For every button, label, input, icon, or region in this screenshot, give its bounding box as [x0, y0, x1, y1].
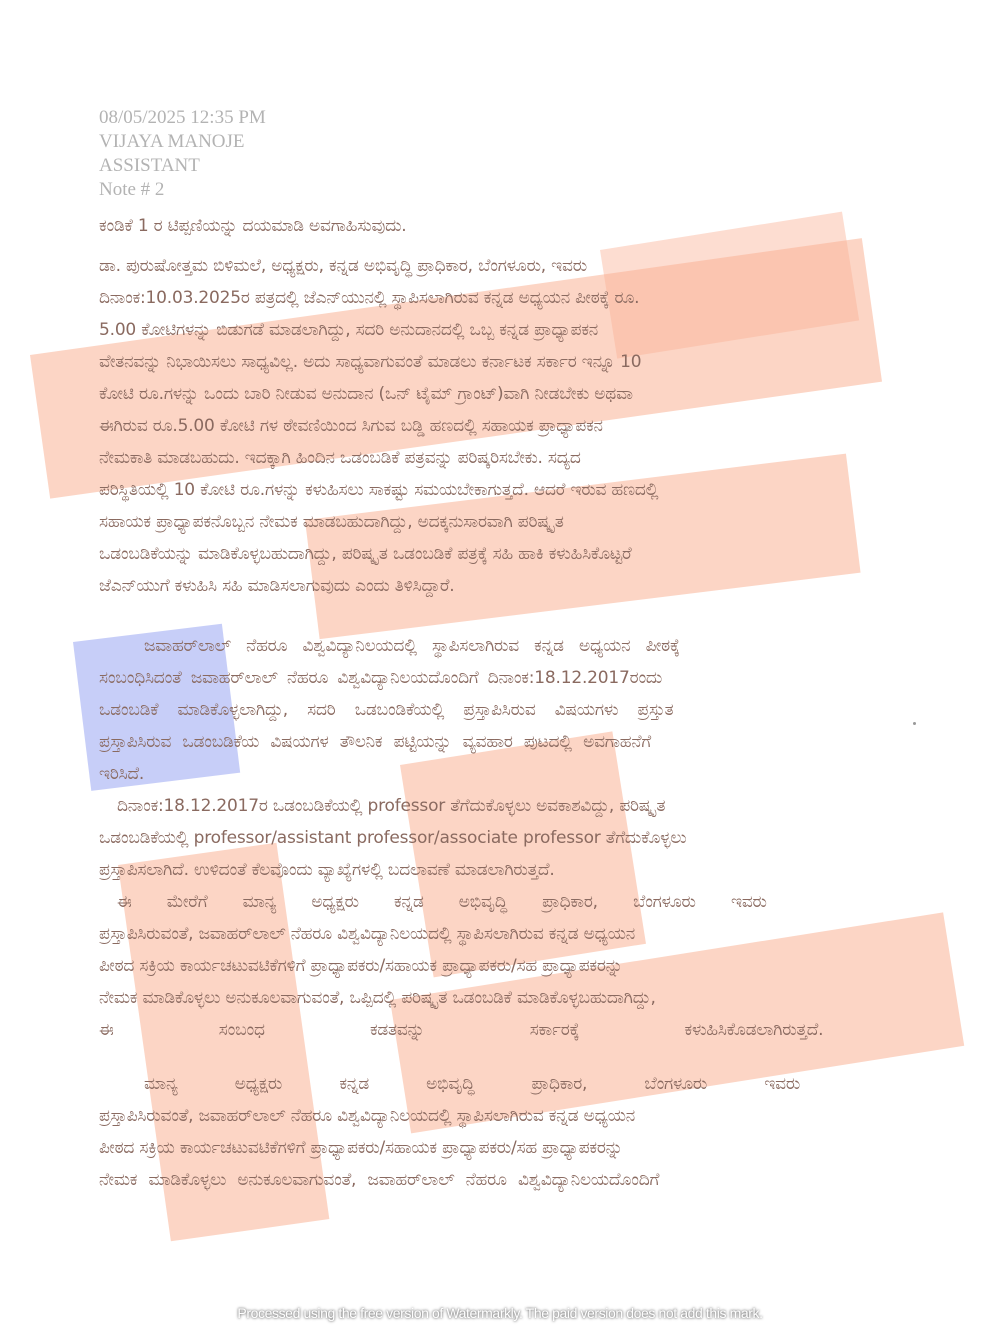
paragraph-line: ದಿನಾಂಕ:18.12.2017ರ ಒಡಂಬಡಿಕೆಯಲ್ಲಿ profess… — [99, 790, 879, 822]
paragraph-line: ಜೆಎನ್‌ಯುಗೆ ಕಳುಹಿಸಿ ಸಹಿ ಮಾಡಿಸಲಾಗುವುದು ಎಂದ… — [99, 570, 879, 602]
paragraph-line: ಪ್ರಸ್ತಾಪಿಸಿರುವಂತೆ, ಜವಾಹರ್‌ಲಾಲ್ ನೆಹರೂ ವಿಶ… — [99, 918, 879, 950]
paragraph-line: ವೇತನವನ್ನು ನಿಭಾಯಿಸಲು ಸಾಧ್ಯವಿಲ್ಲ. ಅದು ಸಾಧ್… — [99, 346, 879, 378]
timestamp: 08/05/2025 12:35 PM — [99, 106, 266, 130]
paragraph-line: ಸಂಬಂಧಿಸಿದಂತೆ ಜವಾಹರ್‌ಲಾಲ್ ನೆಹರೂ ವಿಶ್ವವಿದ್… — [99, 662, 879, 694]
note-header: 08/05/2025 12:35 PM VIJAYA MANOJE ASSIST… — [99, 106, 266, 202]
paragraph-line: ಪ್ರಸ್ತಾಪಿಸಲಾಗಿದೆ. ಉಳಿದಂತೆ ಕೆಲವೊಂದು ವ್ಯಾಖ… — [99, 854, 879, 886]
paragraph-line: ಒಡಂಬಡಿಕೆ ಮಾಡಿಕೊಳ್ಳಲಾಗಿದ್ದು, ಸದರಿ ಒಡಬಂಡಿಕ… — [99, 694, 879, 726]
paragraph-line: ಪ್ರಸ್ತಾಪಿಸಿರುವಂತೆ, ಜವಾಹರ್‌ಲಾಲ್ ನೆಹರೂ ವಿಶ… — [99, 1100, 879, 1132]
paragraph-line: ನೇಮಕ ಮಾಡಿಕೊಳ್ಳಲು ಅನುಕೂಲವಾಗುವಂತೆ, ಜವಾಹರ್‌… — [99, 1164, 879, 1196]
paragraph-line: ಒಡಂಬಡಿಕೆಯಲ್ಲಿ professor/assistant profes… — [99, 822, 879, 854]
paragraph-line: ಈ ಮೇರೆಗೆ ಮಾನ್ಯ ಅಧ್ಯಕ್ಷರು ಕನ್ನಡ ಅಭಿವೃದ್ಧಿ… — [99, 886, 879, 918]
author-name: VIJAYA MANOJE — [99, 130, 266, 154]
watermark-notice: Processed using the free version of Wate… — [0, 1305, 1000, 1321]
paragraph-line: ಡಾ. ಪುರುಷೋತ್ತಮ ಬಿಳಿಮಲೆ, ಅಧ್ಯಕ್ಷರು, ಕನ್ನಡ… — [99, 250, 879, 282]
paragraph-line: ಒಡಂಬಡಿಕೆಯನ್ನು ಮಾಡಿಕೊಳ್ಳಬಹುದಾಗಿದ್ದು, ಪರಿಷ… — [99, 538, 879, 570]
note-body: ಕಂಡಿಕೆ 1 ರ ಟಿಪ್ಪಣಿಯನ್ನು ದಯಮಾಡಿ ಅವಗಾಹಿಸುವ… — [99, 210, 879, 1196]
scan-speck — [913, 722, 916, 725]
paragraph-line: ಸಹಾಯಕ ಪ್ರಾಧ್ಯಾಪಕನೊಬ್ಬನ ನೇಮಕ ಮಾಡಬಹುದಾಗಿದ್… — [99, 506, 879, 538]
paragraph-line: ಮಾನ್ಯ ಅಧ್ಯಕ್ಷರು ಕನ್ನಡ ಅಭಿವೃದ್ಧಿ ಪ್ರಾಧಿಕಾ… — [99, 1068, 879, 1100]
paragraph-line: 5.00 ಕೋಟಿಗಳನ್ನು ಬಿಡುಗಡೆ ಮಾಡಲಾಗಿದ್ದು, ಸದರ… — [99, 314, 879, 346]
paragraph-line: ಜವಾಹರ್‌ಲಾಲ್ ನೆಹರೂ ವಿಶ್ವವಿದ್ಯಾನಿಲಯದಲ್ಲಿ ಸ… — [99, 630, 879, 662]
paragraph-line: ಪೀಠದ ಸಕ್ರಿಯ ಕಾರ್ಯಚಟುವಟಿಕೆಗಳಿಗೆ ಪ್ರಾಧ್ಯಾಪ… — [99, 1132, 879, 1164]
paragraph-line: ಈಗಿರುವ ರೂ.5.00 ಕೋಟಿ ಗಳ ಠೇವಣಿಯಿಂದ ಸಿಗುವ ಬ… — [99, 410, 879, 442]
paragraph-line: ಈ ಸಂಬಂಧ ಕಡತವನ್ನು ಸರ್ಕಾರಕ್ಕೆ ಕಳುಹಿಸಿಕೊಡಲಾ… — [99, 1014, 879, 1046]
note-sheet: 08/05/2025 12:35 PM VIJAYA MANOJE ASSIST… — [0, 0, 1000, 1338]
paragraph-line: ದಿನಾಂಕ:10.03.2025ರ ಪತ್ರದಲ್ಲಿ ಜೆಎನ್‌ಯುನಲ್… — [99, 282, 879, 314]
paragraph-line: ನೇಮಕಾತಿ ಮಾಡಬಹುದು. ಇದಕ್ಕಾಗಿ ಹಿಂದಿನ ಒಡಂಬಡಿ… — [99, 442, 879, 474]
paragraph-line: ಪೀಠದ ಸಕ್ರಿಯ ಕಾರ್ಯಚಟುವಟಿಕೆಗಳಿಗೆ ಪ್ರಾಧ್ಯಾಪ… — [99, 950, 879, 982]
intro-line: ಕಂಡಿಕೆ 1 ರ ಟಿಪ್ಪಣಿಯನ್ನು ದಯಮಾಡಿ ಅವಗಾಹಿಸುವ… — [99, 210, 879, 242]
note-number: Note # 2 — [99, 178, 266, 202]
paragraph-line: ಕೋಟಿ ರೂ.ಗಳನ್ನು ಒಂದು ಬಾರಿ ನೀಡುವ ಅನುದಾನ (ಒ… — [99, 378, 879, 410]
paragraph-line: ಪರಿಸ್ಥಿತಿಯಲ್ಲಿ 10 ಕೋಟಿ ರೂ.ಗಳನ್ನು ಕಳುಹಿಸಲ… — [99, 474, 879, 506]
paragraph-4: ಈ ಮೇರೆಗೆ ಮಾನ್ಯ ಅಧ್ಯಕ್ಷರು ಕನ್ನಡ ಅಭಿವೃದ್ಧಿ… — [99, 886, 879, 1046]
paragraph-line: ಪ್ರಸ್ತಾಪಿಸಿರುವ ಒಡಂಬಡಿಕೆಯ ವಿಷಯಗಳ ತೌಲನಿಕ ಪ… — [99, 726, 879, 758]
author-designation: ASSISTANT — [99, 154, 266, 178]
paragraph-line: ಇರಿಸಿದೆ. — [99, 758, 879, 790]
paragraph-line: ನೇಮಕ ಮಾಡಿಕೊಳ್ಳಲು ಅನುಕೂಲವಾಗುವಂತೆ, ಒಪ್ಪಿದಲ… — [99, 982, 879, 1014]
paragraph-2: ಜವಾಹರ್‌ಲಾಲ್ ನೆಹರೂ ವಿಶ್ವವಿದ್ಯಾನಿಲಯದಲ್ಲಿ ಸ… — [99, 630, 879, 790]
paragraph-1: ಡಾ. ಪುರುಷೋತ್ತಮ ಬಿಳಿಮಲೆ, ಅಧ್ಯಕ್ಷರು, ಕನ್ನಡ… — [99, 250, 879, 602]
paragraph-3: ದಿನಾಂಕ:18.12.2017ರ ಒಡಂಬಡಿಕೆಯಲ್ಲಿ profess… — [99, 790, 879, 886]
paragraph-5: ಮಾನ್ಯ ಅಧ್ಯಕ್ಷರು ಕನ್ನಡ ಅಭಿವೃದ್ಧಿ ಪ್ರಾಧಿಕಾ… — [99, 1068, 879, 1196]
